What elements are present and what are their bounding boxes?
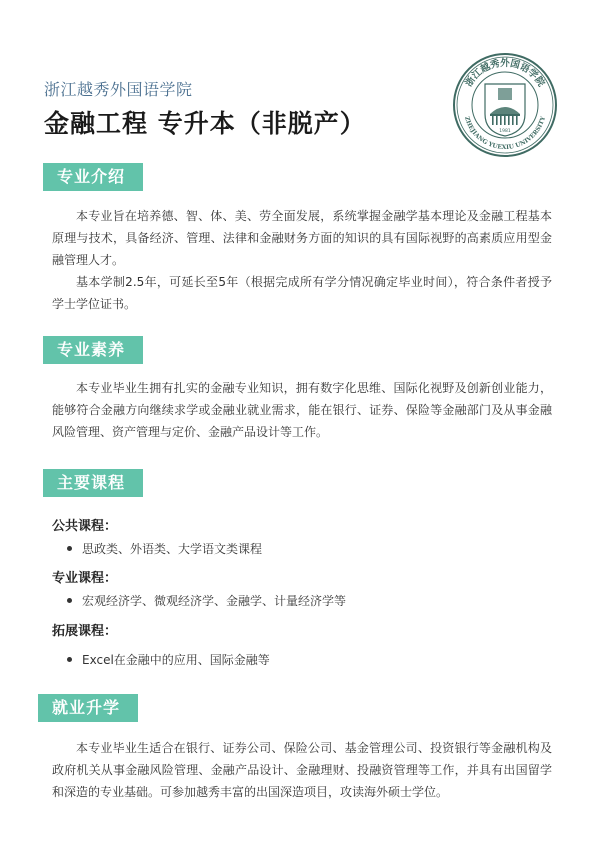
course-list-item: 宏观经济学、微观经济学、金融学、计量经济学等 <box>67 592 346 609</box>
intro-paragraph: 基本学制2.5年，可延长至5年（根据完成所有学分情况确定毕业时间），符合条件者授… <box>52 271 552 315</box>
quality-paragraph: 本专业毕业生拥有扎实的金融专业知识，拥有数字化思维、国际化视野及创新创业能力，能… <box>52 377 552 443</box>
course-group-heading-extended: 拓展课程： <box>52 620 117 639</box>
course-group-heading-major: 专业课程： <box>52 567 117 586</box>
career-paragraph: 本专业毕业生适合在银行、证券公司、保险公司、基金管理公司、投资银行等金融机构及政… <box>52 737 552 803</box>
university-seal-icon: 浙江越秀外国语学院 ZHEJIANG YUEXIU UNIVERSITY 198… <box>452 52 558 158</box>
school-name: 浙江越秀外国语学院 <box>44 77 193 100</box>
career-text: 本专业毕业生适合在银行、证券公司、保险公司、基金管理公司、投资银行等金融机构及政… <box>52 737 552 803</box>
quality-text: 本专业毕业生拥有扎实的金融专业知识，拥有数字化思维、国际化视野及创新创业能力，能… <box>52 377 552 443</box>
course-list-item: 思政类、外语类、大学语文类课程 <box>67 540 262 557</box>
bullet-icon <box>67 546 72 551</box>
course-item-text: 思政类、外语类、大学语文类课程 <box>82 542 262 556</box>
section-badge-intro: 专业介绍 <box>43 163 143 191</box>
course-item-text: 宏观经济学、微观经济学、金融学、计量经济学等 <box>82 594 346 608</box>
svg-text:1981: 1981 <box>499 128 511 134</box>
section-badge-courses: 主要课程 <box>43 469 143 497</box>
bullet-icon <box>67 598 72 603</box>
intro-paragraph: 本专业旨在培养德、智、体、美、劳全面发展，系统掌握金融学基本理论及金融工程基本原… <box>52 205 552 271</box>
intro-text: 本专业旨在培养德、智、体、美、劳全面发展，系统掌握金融学基本理论及金融工程基本原… <box>52 205 552 315</box>
page-title: 金融工程 专升本（非脱产） <box>44 104 366 140</box>
course-item-text: Excel在金融中的应用、国际金融等 <box>82 653 270 667</box>
bullet-icon <box>67 657 72 662</box>
section-badge-quality: 专业素养 <box>43 336 143 364</box>
section-badge-career: 就业升学 <box>38 694 138 722</box>
course-list-item: Excel在金融中的应用、国际金融等 <box>67 651 270 668</box>
course-group-heading-public: 公共课程： <box>52 515 117 534</box>
